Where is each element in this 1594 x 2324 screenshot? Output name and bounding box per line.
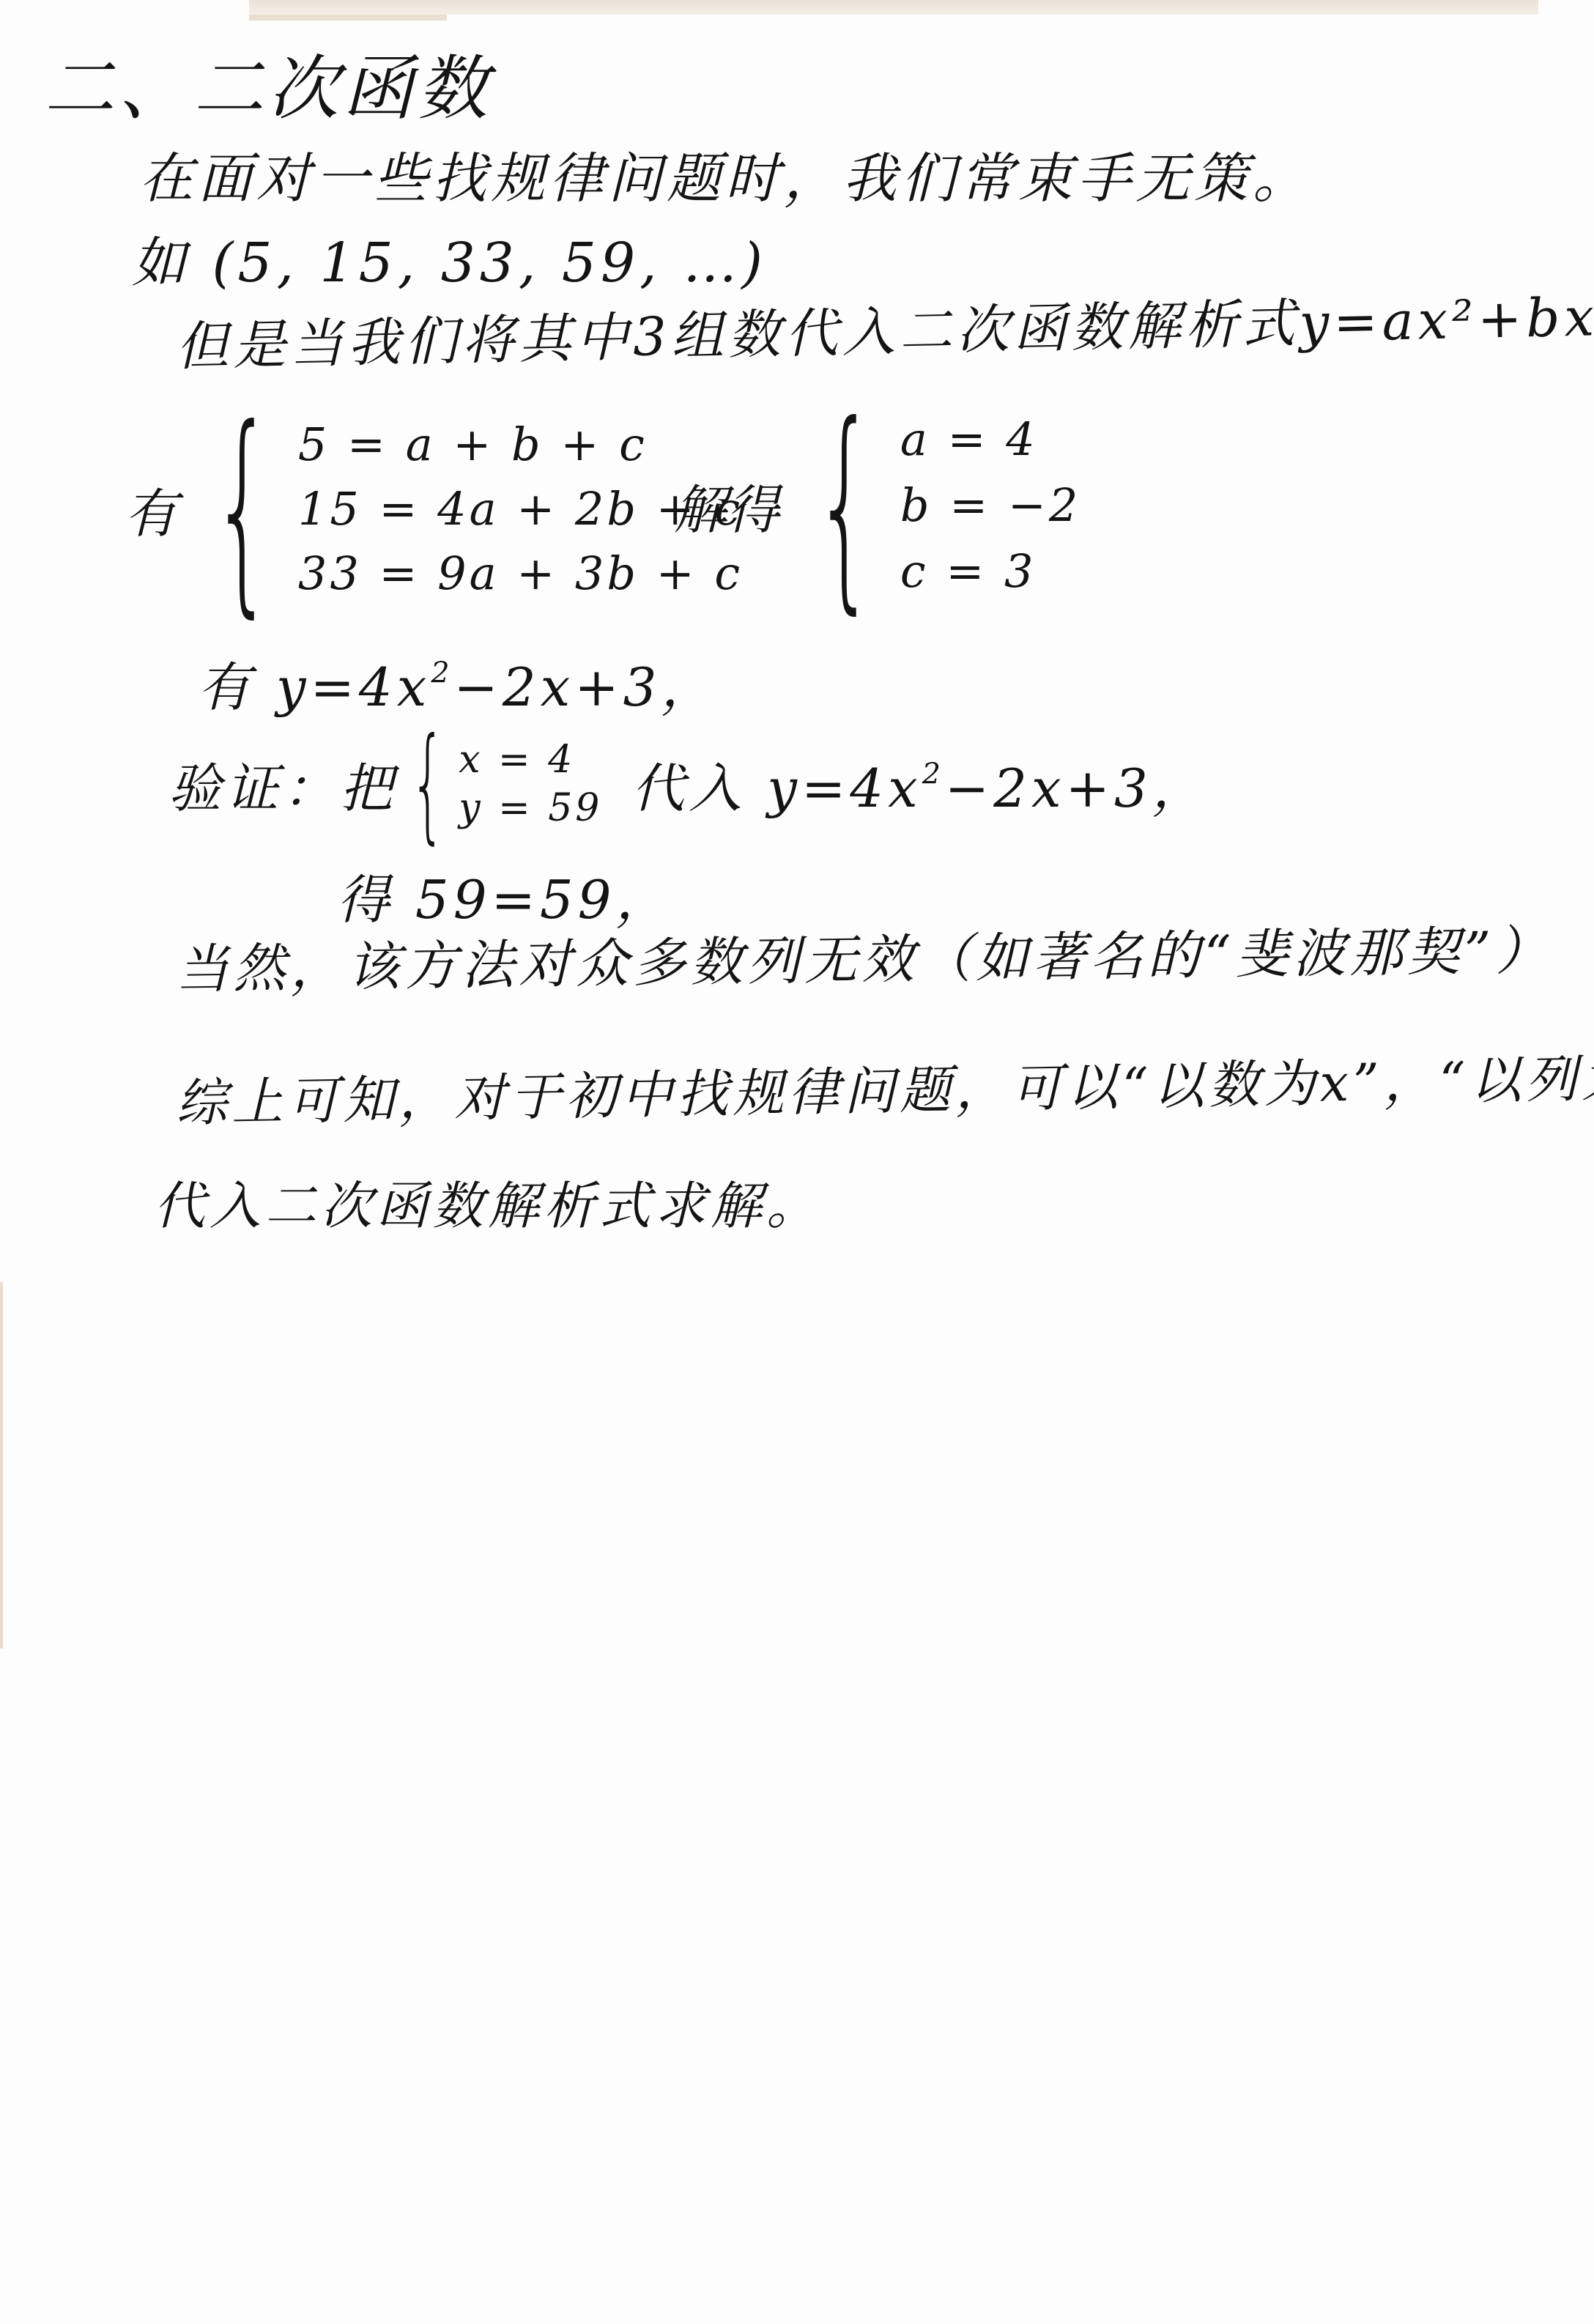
example-sequence: 如 (5, 15, 33, 59, …): [132, 220, 767, 297]
left-brace-icon: {: [814, 396, 877, 615]
solution-a: a = 4: [900, 407, 1080, 473]
verification-line: 验证：把 { x = 4 y = 59 代入 y=4x2−2x+3，: [168, 722, 1209, 846]
substitute-suffix: −2x+3，: [945, 758, 1209, 819]
substitute-prefix: 代入 y=4x: [631, 758, 922, 819]
conclusion-line-1: 综上可知，对于初中找规律问题，可以“以数为x”，“以列为y”，: [175, 1035, 1594, 1136]
result-function: 有 y=4x2−2x+3，: [198, 645, 718, 721]
conclusion-line-2: 代入二次函数解析式求解。: [154, 1165, 822, 1239]
substitute-exponent: 2: [922, 757, 945, 791]
result-suffix: −2x+3，: [454, 656, 719, 718]
left-brace-icon: {: [410, 722, 446, 846]
system-label: 有: [125, 471, 177, 547]
paper-edge-top: [249, 0, 1538, 15]
left-brace-icon: {: [212, 399, 275, 619]
solution-c: c = 3: [900, 539, 1080, 604]
intro-text: 在面对一些找规律问题时，我们常束手无策。: [139, 136, 1311, 213]
paper-edge-top-fold: [249, 15, 447, 21]
solution-label: 解得: [674, 467, 779, 544]
result-prefix: 有 y=4x: [198, 656, 431, 718]
solution-system: 解得 { a = 4 b = −2 c = 3: [674, 396, 1080, 615]
solution-b: b = −2: [900, 473, 1080, 539]
equation-system: 有 { 5 = a + b + c 15 = 4a + 2b + c 33 = …: [125, 399, 743, 619]
result-exponent: 2: [431, 656, 453, 689]
verification-x: x = 4: [459, 736, 602, 784]
verification-label: 验证：把: [168, 746, 397, 822]
solution-list: a = 4 b = −2 c = 3: [900, 407, 1080, 604]
verification-y: y = 59: [459, 784, 602, 832]
paper-edge-left: [0, 1282, 3, 1648]
verification-substitute: 代入 y=4x2−2x+3，: [631, 746, 1209, 822]
verification-values: x = 4 y = 59: [459, 736, 602, 832]
section-title: 二、二次函数: [44, 33, 492, 133]
